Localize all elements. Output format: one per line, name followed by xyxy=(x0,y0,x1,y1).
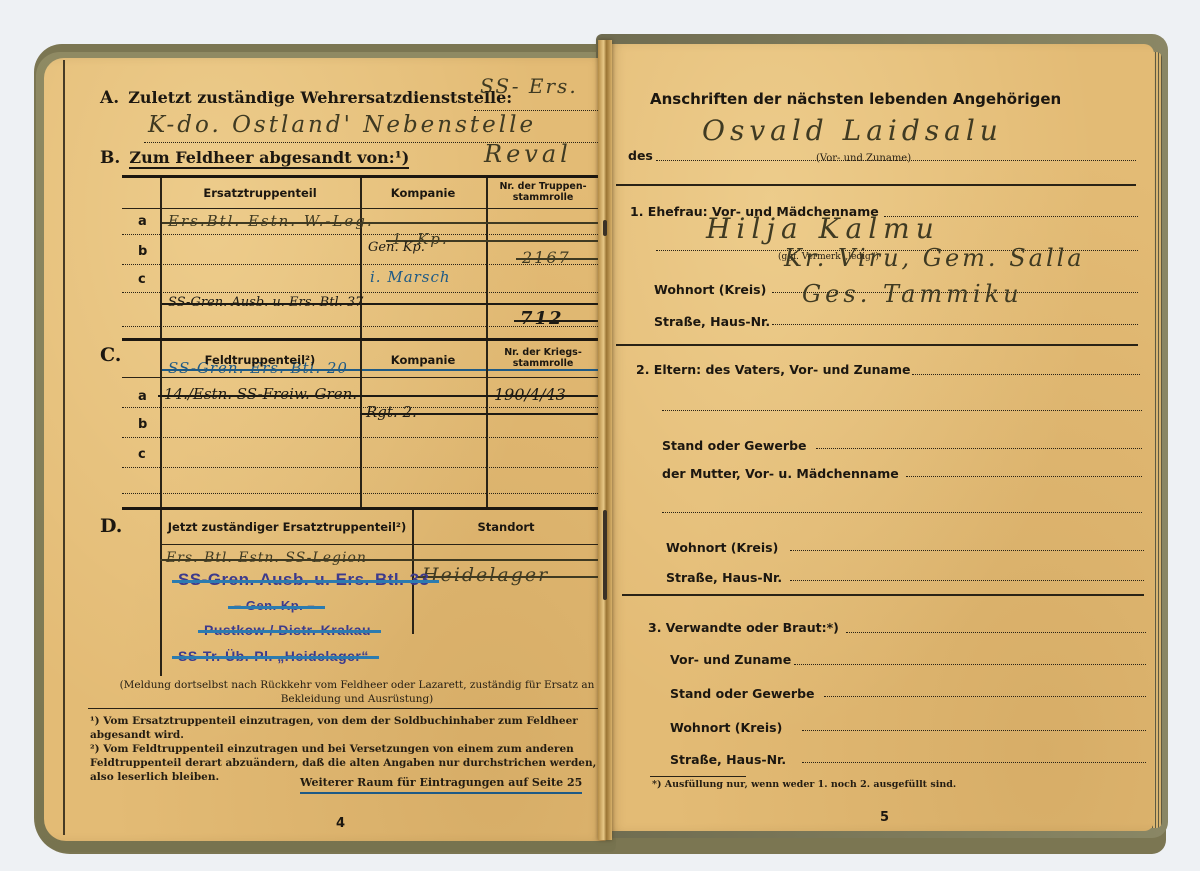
footnote-1: ¹) Vom Ersatztruppenteil einzutragen, vo… xyxy=(90,714,600,742)
section-c-table: Feldtruppenteil²) Kompanie Nr. der Krieg… xyxy=(122,338,600,510)
more-space-note: Weiterer Raum für Eintragungen auf Seite… xyxy=(300,776,582,794)
section-2-residence-fill xyxy=(790,550,1144,551)
stamp-line-2: – Gen. Kp. – xyxy=(234,598,315,613)
section-3-residence-label: Wohnort (Kreis) xyxy=(670,720,782,735)
section-3-occupation-fill xyxy=(824,696,1146,697)
stamp-line-4: SS-Tr. Üb.-Pl. „Heidelager“ xyxy=(178,648,369,664)
des-caption: (Vor- und Zuname) xyxy=(816,152,911,166)
rule-3 xyxy=(622,594,1144,596)
col-header-kriegsstammrolle: Nr. der Kriegs-stammrolle xyxy=(486,347,600,369)
des-label: des xyxy=(628,148,653,163)
section-1-street-label: Straße, Haus-Nr. xyxy=(654,314,770,329)
booklet-spine xyxy=(598,40,612,840)
section-2-occupation-label: Stand oder Gewerbe xyxy=(662,438,807,453)
right-page-title: Anschriften der nächsten lebenden Angehö… xyxy=(650,90,1061,108)
margin-rule xyxy=(63,60,65,835)
section-b-label: Zum Feldheer abgesandt von:¹) xyxy=(129,148,409,169)
soldier-name-handwritten: Osvald Laidsalu xyxy=(702,114,1003,147)
col-header-kompanie-c: Kompanie xyxy=(360,353,486,367)
row-c-a-unit: 14./Estn. SS-Freiw. Gren. xyxy=(164,385,642,403)
row-label-b: b xyxy=(138,244,147,259)
row-c-a-number: 190/4/43 xyxy=(494,385,566,404)
section-a-label: Zuletzt zuständige Wehrersatzdienststell… xyxy=(128,88,512,107)
section-b: B. Zum Feldheer abgesandt von:¹) xyxy=(100,148,409,168)
wife-street-handwritten: Ges. Tammiku xyxy=(802,280,1023,308)
section-1-street-fill xyxy=(772,324,1138,325)
row-a-unit: Ers.Btl. Estn. W.-Leg. xyxy=(168,212,646,230)
stamp-line-1: SS-Gren. Ausb. u. Ers. Btl. 33 xyxy=(178,570,429,590)
section-a-handwriting-1: SS- Ers. xyxy=(480,74,578,98)
section-3-label: 3. Verwandte oder Braut:*) xyxy=(648,620,839,635)
section-2-occupation-fill xyxy=(816,448,1142,449)
wife-residence-handwritten: Kr. Viru, Gem. Salla xyxy=(784,244,1085,272)
section-3-name-fill xyxy=(794,664,1146,665)
section-2-street-fill xyxy=(790,580,1144,581)
section-2-father-fill xyxy=(912,374,1140,375)
section-3-street-fill xyxy=(802,762,1146,763)
rule-2 xyxy=(616,344,1138,346)
col-header-kompanie: Kompanie xyxy=(360,186,486,200)
wife-name-handwritten: Hilja Kalmu xyxy=(706,212,940,245)
section-3-street-label: Straße, Haus-Nr. xyxy=(670,752,786,767)
col-header-standort: Standort xyxy=(412,520,600,534)
footnote-divider xyxy=(88,708,600,709)
section-1-residence-label: Wohnort (Kreis) xyxy=(654,282,766,297)
section-c-letter: C. xyxy=(100,344,121,366)
section-3-residence-fill xyxy=(802,730,1146,731)
row-b-company: Gen. Kp. xyxy=(368,240,425,255)
section-2-father-fill-2 xyxy=(662,410,1142,411)
right-page: Anschriften der nächsten lebenden Angehö… xyxy=(606,44,1154,831)
section-2-street-label: Straße, Haus-Nr. xyxy=(666,570,782,585)
section-a: A. Zuletzt zuständige Wehrersatzdienstst… xyxy=(100,88,512,108)
section-2-label: 2. Eltern: des Vaters, Vor- und Zuname xyxy=(636,362,910,377)
section-b-letter: B. xyxy=(100,148,120,168)
section-2-residence-label: Wohnort (Kreis) xyxy=(666,540,778,555)
section-3-fill xyxy=(846,632,1146,633)
section-3-name-label: Vor- und Zuname xyxy=(670,652,791,667)
row-label-a: a xyxy=(138,214,147,229)
row-label-c-c: c xyxy=(138,447,146,462)
page-number-left: 4 xyxy=(336,816,345,831)
stamp-line-3: Pustkow / Distr. Krakau xyxy=(204,622,371,638)
left-page: A. Zuletzt zuständige Wehrersatzdienstst… xyxy=(44,58,606,841)
rule-1 xyxy=(616,184,1136,186)
col-header-stammrolle: Nr. der Truppen-stammrolle xyxy=(486,181,600,203)
row-label-c: c xyxy=(138,272,146,287)
row-label-c-a: a xyxy=(138,389,147,404)
section-2-mother-fill xyxy=(906,476,1142,477)
section-a-handwriting-3: Reval xyxy=(484,140,572,168)
section-d-table: Jetzt zuständiger Ersatztruppenteil²) St… xyxy=(122,507,600,680)
page-number-right: 5 xyxy=(880,810,889,825)
row-label-c-b: b xyxy=(138,417,147,432)
section-2-mother-fill-2 xyxy=(662,512,1142,513)
section-3-occupation-label: Stand oder Gewerbe xyxy=(670,686,815,701)
section-a-handwriting-2: K-do. Ostland' Nebenstelle xyxy=(148,112,536,138)
section-d-note: (Meldung dortselbst nach Rückkehr vom Fe… xyxy=(114,678,600,706)
col-header-ersatztruppenteil: Ersatztruppenteil xyxy=(160,186,360,200)
col-header-feldtruppenteil: Feldtruppenteil²) xyxy=(160,353,360,367)
right-footnote: *) Ausfüllung nur, wenn weder 1. noch 2.… xyxy=(652,778,956,792)
row-c-company: i. Marsch xyxy=(370,268,451,286)
footnote-rule xyxy=(650,776,746,777)
section-a-fill-line-1 xyxy=(474,110,600,111)
section-a-letter: A. xyxy=(100,88,119,108)
section-b-table: Ersatztruppenteil Kompanie Nr. der Trupp… xyxy=(122,175,600,341)
section-d-letter: D. xyxy=(100,515,122,537)
section-2-mother-label: der Mutter, Vor- u. Mädchenname xyxy=(662,466,899,481)
col-header-jetzt-zustaendig: Jetzt zuständiger Ersatztruppenteil²) xyxy=(162,520,412,534)
